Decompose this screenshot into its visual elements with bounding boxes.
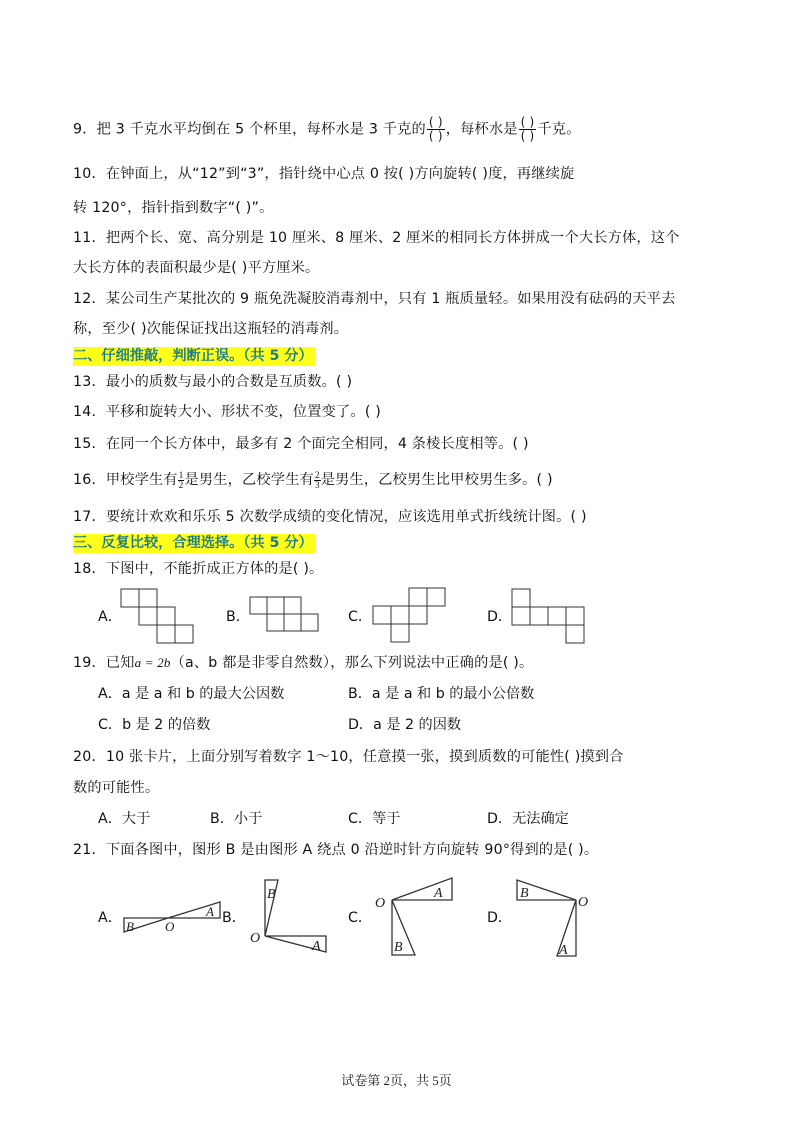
q18-option-c-label: C． — [348, 607, 372, 627]
question-20-line-2: 数的可能性。 — [73, 778, 159, 798]
question-12-line-1: 12．某公司生产某批次的 9 瓶免洗凝胶消毒剂中，只有 1 瓶质量轻。如果用没有… — [73, 289, 675, 309]
question-17: 17．要统计欢欢和乐乐 5 次数学成绩的变化情况，应该选用单式折线统计图。( ) — [73, 507, 587, 527]
rotation-figure-c: OAB — [373, 875, 463, 960]
q21-option-d-label: D． — [487, 908, 512, 928]
question-15: 15．在同一个长方体中，最多有 2 个面完全相同，4 条棱长度相等。( ) — [73, 434, 529, 454]
page-footer: 试卷第 2页，共 5页 — [0, 1070, 793, 1089]
svg-text:A: A — [205, 904, 214, 919]
svg-text:B: B — [394, 940, 403, 955]
rotation-figure-b: BOA — [248, 876, 338, 961]
section-3-heading: 三、反复比较，合理选择。（共 5 分） — [73, 534, 316, 553]
q20-option-b: B．小于 — [210, 809, 262, 829]
svg-text:B: B — [267, 887, 276, 902]
q16-fraction-two-thirds: 23 — [314, 471, 321, 490]
question-12-line-2: 称，至少( )次能保证找出这瓶轻的消毒剂。 — [73, 319, 348, 339]
question-19: 19．已知a = 2b（a、b 都是非零自然数），那么下列说法中正确的是( )。 — [73, 653, 533, 673]
svg-text:O: O — [375, 896, 385, 911]
question-11-line-1: 11．把两个长、宽、高分别是 10 厘米、8 厘米、2 厘米的相同长方体拼成一个… — [73, 228, 680, 248]
q9-suffix: 千克。 — [537, 122, 580, 138]
q21-option-a-label: A． — [98, 908, 122, 928]
svg-text:O: O — [165, 919, 175, 934]
svg-text:O: O — [578, 895, 588, 910]
q18-option-d-label: D． — [487, 607, 512, 627]
q19-option-c: C．b 是 2 的倍数 — [98, 715, 210, 735]
question-10-line-2: 转 120°，指针指到数字“( )”。 — [73, 198, 273, 218]
cube-net-d — [512, 589, 587, 645]
cube-net-a — [121, 589, 196, 644]
svg-text:A: A — [311, 939, 321, 954]
q19-formula: a = 2b — [135, 655, 171, 670]
q20-option-a: A．大于 — [98, 809, 150, 829]
svg-text:A: A — [433, 886, 443, 901]
section-2-heading: 二、仔细推敲，判断正误。（共 5 分） — [73, 347, 316, 366]
q9-fraction-2: ( )( ) — [519, 116, 537, 143]
q18-option-a-label: A． — [98, 607, 122, 627]
q9-prefix: 9．把 3 千克水平均倒在 5 个杯里，每杯水是 3 千克的 — [73, 122, 426, 138]
q18-option-b-label: B． — [226, 607, 250, 627]
rotation-figure-d: BOA — [512, 876, 612, 961]
question-13: 13．最小的质数与最小的合数是互质数。( ) — [73, 372, 352, 392]
svg-text:B: B — [126, 919, 134, 934]
q9-fraction-1: ( )( ) — [427, 116, 445, 143]
q19-option-b: B．a 是 a 和 b 的最小公倍数 — [348, 684, 534, 704]
question-21: 21．下面各图中，图形 B 是由图形 A 绕点 0 沿逆时针方向旋转 90°得到… — [73, 840, 598, 860]
svg-text:O: O — [250, 931, 260, 946]
q20-option-d: D．无法确定 — [487, 809, 569, 829]
rotation-figure-a: BOA — [120, 898, 230, 938]
q21-option-c-label: C． — [348, 908, 372, 928]
cube-net-b — [250, 597, 325, 637]
question-14: 14．平移和旋转大小、形状不变，位置变了。( ) — [73, 402, 381, 422]
q19-option-a: A．a 是 a 和 b 的最大公因数 — [98, 684, 284, 704]
svg-text:A: A — [558, 943, 568, 958]
exam-page: 9．把 3 千克水平均倒在 5 个杯里，每杯水是 3 千克的( )( )，每杯水… — [0, 0, 793, 1122]
question-9: 9．把 3 千克水平均倒在 5 个杯里，每杯水是 3 千克的( )( )，每杯水… — [73, 116, 581, 143]
question-20-line-1: 20．10 张卡片，上面分别写着数字 1～10，任意摸一张，摸到质数的可能性( … — [73, 747, 624, 767]
cube-net-c — [373, 588, 448, 644]
q21-option-b-label: B． — [222, 908, 246, 928]
q9-mid: ，每杯水是 — [446, 122, 518, 138]
question-10-line-1: 10．在钟面上，从“12”到“3”，指针绕中心点 0 按( )方向旋转( )度，… — [73, 164, 574, 184]
svg-text:B: B — [520, 886, 529, 901]
question-16: 16．甲校学生有12是男生，乙校学生有23是男生，乙校男生比甲校男生多。( ) — [73, 470, 553, 490]
q20-option-c: C．等于 — [348, 809, 400, 829]
question-11-line-2: 大长方体的表面积最少是( )平方厘米。 — [73, 258, 319, 278]
q19-option-d: D．a 是 2 的因数 — [348, 715, 461, 735]
question-18: 18．下图中，不能折成正方体的是( )。 — [73, 559, 323, 579]
